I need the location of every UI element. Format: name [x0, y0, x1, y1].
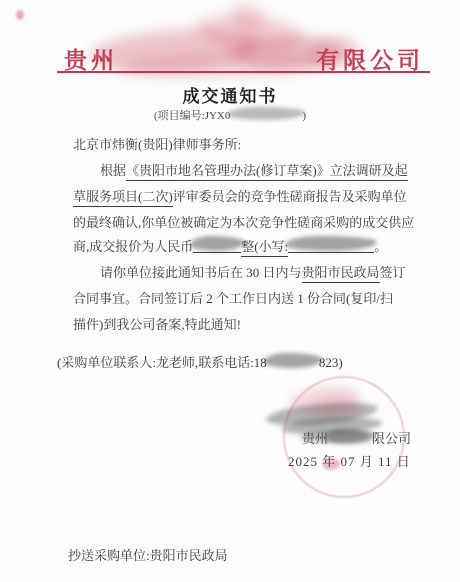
- project-number-line: (项目编号:JYX0): [0, 107, 460, 123]
- body-line: 描件)到我公司备案,特此通知!: [73, 314, 241, 333]
- signature-date: 2025 年 07 月 11 日: [288, 451, 411, 470]
- body-line: 的最终确认,你单位被确定为本次竞争性磋商采购的成交供应: [73, 212, 414, 231]
- gray-smudge: [190, 236, 244, 251]
- amount-figures-redaction: [288, 239, 374, 253]
- signature-company-suffix: 限公司: [372, 431, 411, 446]
- underlined-project-title: 《贵阳市地名管理办法(修订草案)》立法调研及起: [126, 163, 408, 181]
- recipient-line: 北京市炜衡(贵阳)律师事务所:: [73, 134, 241, 153]
- body-text: 商,成交报价为人民币: [73, 239, 193, 254]
- gray-smudge: [285, 236, 377, 251]
- letterhead-rule: [57, 71, 430, 73]
- gray-smudge: [227, 107, 305, 120]
- amount-words-redaction: [193, 239, 241, 253]
- gray-smudge: [264, 353, 322, 368]
- body-line: 请你单位接此通知书后在 30 日内与贵阳市民政局签订: [100, 262, 406, 281]
- phone-redaction: [267, 356, 319, 369]
- cc-footer: 抄送采购单位:贵阳市民政局: [68, 545, 228, 564]
- contact-text: 823): [319, 355, 343, 370]
- document-title: 成交通知书: [0, 82, 460, 107]
- body-line-amount: 商,成交报价为人民币整(小写:。: [73, 236, 387, 255]
- underlined-project-title: 草服务项目(二次): [73, 189, 173, 207]
- amount-mid-text: 整(小写:: [241, 239, 288, 257]
- contact-text: (采购单位联系人:龙老师,联系电话:18: [57, 355, 267, 370]
- project-number-redaction: [230, 110, 302, 121]
- project-number-prefix: (项目编号:JYX0: [154, 110, 230, 122]
- body-line: 草服务项目(二次)评审委员会的竞争性磋商报告及采购单位: [73, 186, 407, 205]
- body-text: 请你单位接此通知书后在 30 日内与: [100, 265, 302, 280]
- body-text: 根据: [100, 163, 126, 178]
- body-text: 评审委员会的竞争性磋商报告及采购单位: [173, 189, 407, 204]
- award-notice-document: 贵州 有限公司 成交通知书 (项目编号:JYX0) 北京市炜衡(贵阳)律师事务所…: [0, 0, 460, 582]
- contact-line: (采购单位联系人:龙老师,联系电话:18823): [57, 352, 343, 371]
- body-line: 合同事宜。合同签订后 2 个工作日内送 1 份合同(复印/扫: [73, 288, 393, 307]
- body-text: 签订: [380, 265, 406, 280]
- underlined-bureau-name: 贵阳市民政局: [302, 265, 380, 283]
- body-line: 根据《贵阳市地名管理办法(修订草案)》立法调研及起: [100, 160, 408, 179]
- red-ink-dot: [16, 10, 24, 20]
